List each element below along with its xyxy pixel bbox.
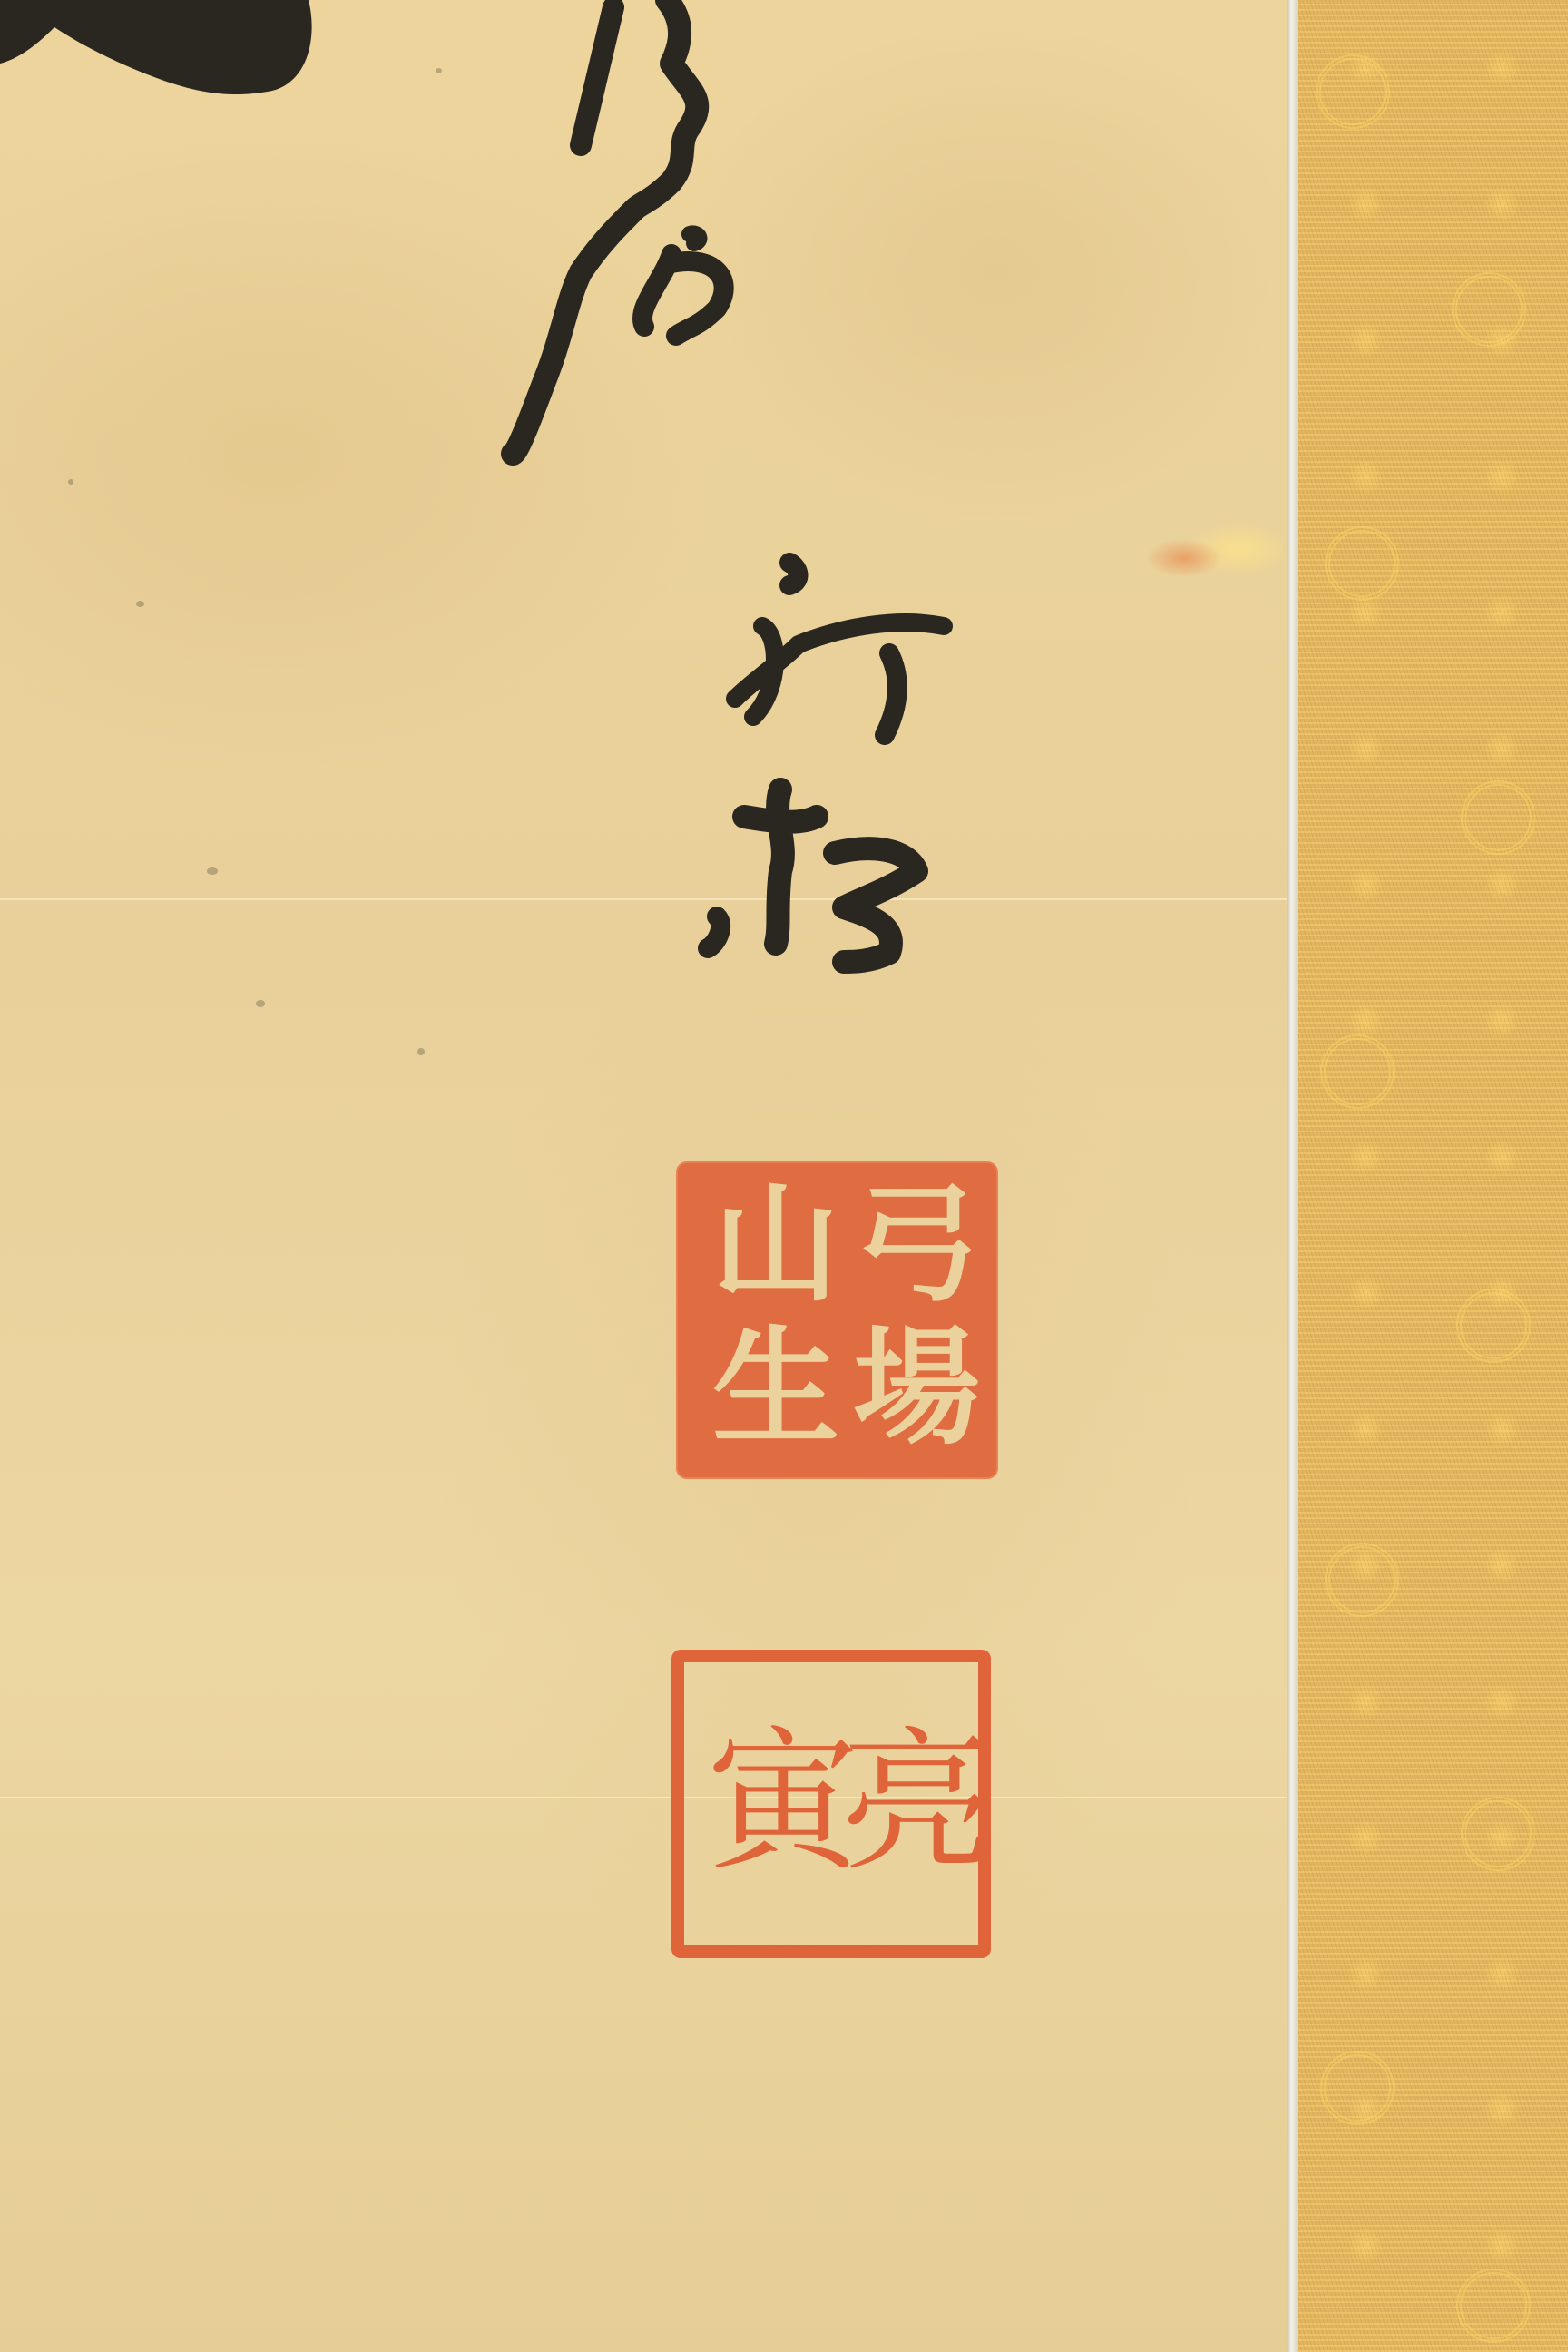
- seal-char: 山: [712, 1181, 839, 1308]
- seal-upper: 弓 山 場 生: [676, 1161, 998, 1479]
- calligraphy-ink: [0, 0, 1287, 2352]
- silver-edge-strip: [1287, 0, 1298, 2352]
- seal-char: 生: [712, 1325, 839, 1452]
- brocade-motif: [1461, 1797, 1535, 1871]
- brocade-motif: [1456, 2269, 1531, 2343]
- brocade-motif: [1320, 2051, 1395, 2125]
- brocade-motif: [1325, 1543, 1399, 1617]
- seal-char: 弓: [853, 1181, 980, 1308]
- seal-char: 亮: [840, 1726, 995, 1880]
- seal-char: 場: [853, 1325, 980, 1452]
- brocade-motif: [1320, 1034, 1395, 1109]
- seal-char: 寅: [706, 1726, 860, 1880]
- brocade-motif: [1316, 54, 1390, 129]
- scroll-photo: 弓 山 場 生 寅 亮: [0, 0, 1568, 2352]
- gold-brocade-mount: [1298, 0, 1568, 2352]
- brocade-motif: [1456, 1289, 1531, 1363]
- brocade-motif: [1325, 526, 1399, 601]
- brocade-motif: [1452, 272, 1526, 347]
- seal-lower: 寅 亮: [671, 1650, 991, 1958]
- brocade-motif: [1461, 780, 1535, 855]
